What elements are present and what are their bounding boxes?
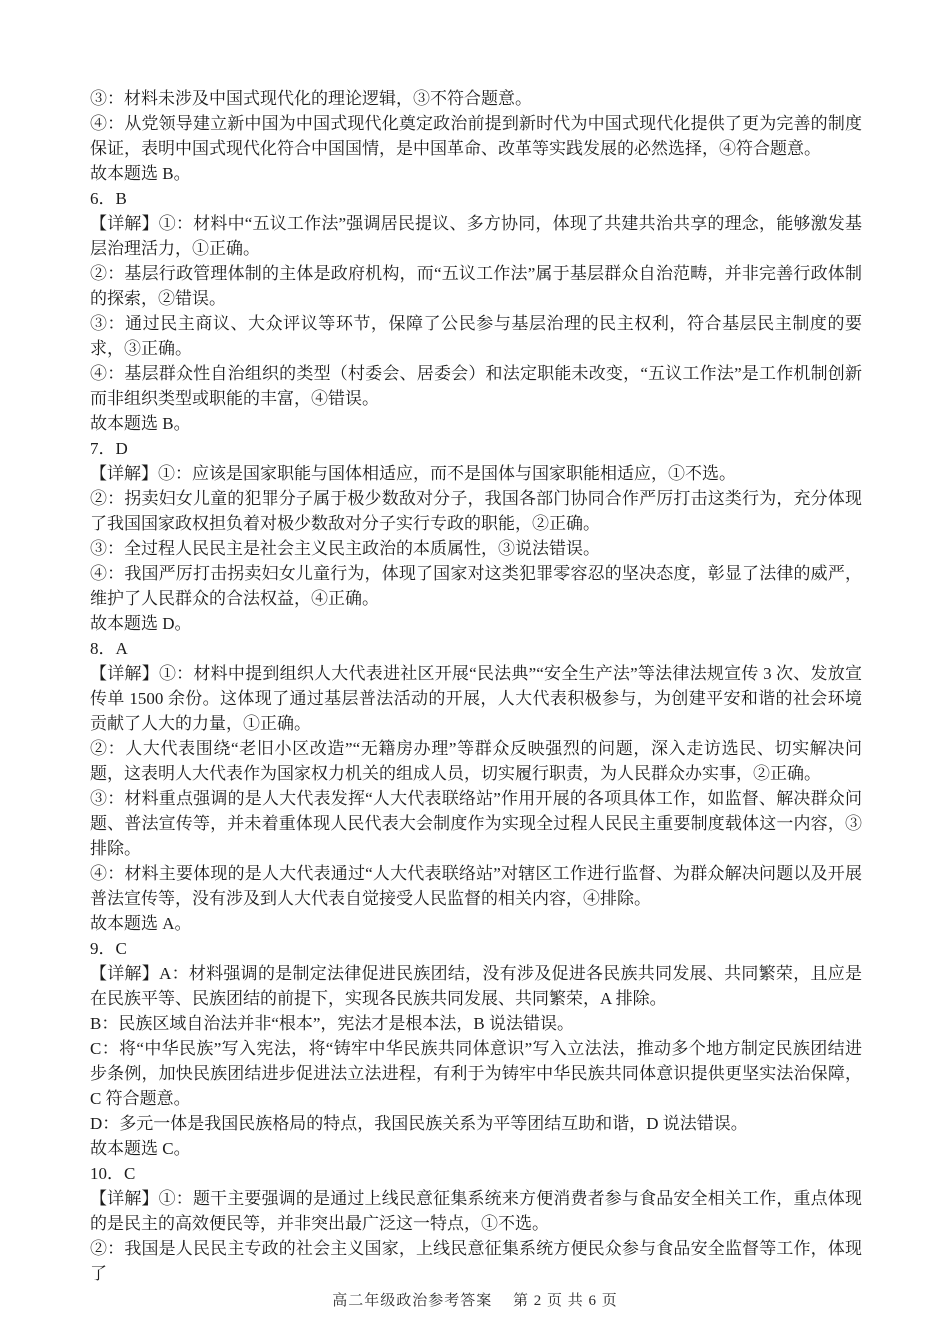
answer-paragraph: ②：拐卖妇女儿童的犯罪分子属于极少数敌对分子，我国各部门协同合作严厉打击这类行为… xyxy=(90,486,862,536)
answer-paragraph: 【详解】A：材料强调的是制定法律促进民族团结，没有涉及促进各民族共同发展、共同繁… xyxy=(90,961,862,1011)
answer-paragraph: 【详解】①：题干主要强调的是通过上线民意征集系统来方便消费者参与食品安全相关工作… xyxy=(90,1186,862,1236)
answer-paragraph: ③：全过程人民民主是社会主义民主政治的本质属性，③说法错误。 xyxy=(90,536,862,561)
answer-paragraph: ②：我国是人民民主专政的社会主义国家，上线民意征集系统方便民众参与食品安全监督等… xyxy=(90,1236,862,1286)
answer-paragraph: ③：材料未涉及中国式现代化的理论逻辑，③不符合题意。 xyxy=(90,86,862,111)
answer-paragraph: 故本题选 B。 xyxy=(90,411,862,436)
answer-paragraph: 【详解】①：材料中提到组织人大代表进社区开展“民法典”“安全生产法”等法律法规宣… xyxy=(90,661,862,736)
question-heading: 8．A xyxy=(90,636,862,661)
answer-paragraph: 故本题选 B。 xyxy=(90,161,862,186)
answer-paragraph: 故本题选 D。 xyxy=(90,611,862,636)
answer-text-column: ③：材料未涉及中国式现代化的理论逻辑，③不符合题意。④：从党领导建立新中国为中国… xyxy=(90,86,862,1286)
question-heading: 6．B xyxy=(90,186,862,211)
answer-paragraph: ②：人大代表围绕“老旧小区改造”“无籍房办理”等群众反映强烈的问题，深入走访选民… xyxy=(90,736,862,786)
answer-paragraph: C：将“中华民族”写入宪法，将“铸牢中华民族共同体意识”写入立法法，推动多个地方… xyxy=(90,1036,862,1111)
answer-paragraph: ④：我国严厉打击拐卖妇女儿童行为，体现了国家对这类犯罪零容忍的坚决态度，彰显了法… xyxy=(90,561,862,611)
document-page: ③：材料未涉及中国式现代化的理论逻辑，③不符合题意。④：从党领导建立新中国为中国… xyxy=(0,0,950,1344)
answer-paragraph: 【详解】①：应该是国家职能与国体相适应，而不是国体与国家职能相适应，①不选。 xyxy=(90,461,862,486)
answer-paragraph: ②：基层行政管理体制的主体是政府机构，而“五议工作法”属于基层群众自治范畴，并非… xyxy=(90,261,862,311)
answer-paragraph: D：多元一体是我国民族格局的特点，我国民族关系为平等团结互助和谐，D 说法错误。 xyxy=(90,1111,862,1136)
answer-paragraph: ④：从党领导建立新中国为中国式现代化奠定政治前提到新时代为中国式现代化提供了更为… xyxy=(90,111,862,161)
answer-paragraph: 故本题选 A。 xyxy=(90,911,862,936)
answer-paragraph: ④：材料主要体现的是人大代表通过“人大代表联络站”对辖区工作进行监督、为群众解决… xyxy=(90,861,862,911)
answer-paragraph: ④：基层群众性自治组织的类型（村委会、居委会）和法定职能未改变，“五议工作法”是… xyxy=(90,361,862,411)
answer-paragraph: ③：通过民主商议、大众评议等环节，保障了公民参与基层治理的民主权利，符合基层民主… xyxy=(90,311,862,361)
answer-paragraph: 故本题选 C。 xyxy=(90,1136,862,1161)
answer-paragraph: B：民族区域自治法并非“根本”，宪法才是根本法，B 说法错误。 xyxy=(90,1011,862,1036)
answer-paragraph: ③：材料重点强调的是人大代表发挥“人大代表联络站”作用开展的各项具体工作，如监督… xyxy=(90,786,862,861)
answer-paragraph: 【详解】①：材料中“五议工作法”强调居民提议、多方协同，体现了共建共治共享的理念… xyxy=(90,211,862,261)
question-heading: 10．C xyxy=(90,1161,862,1186)
question-heading: 9．C xyxy=(90,936,862,961)
question-heading: 7．D xyxy=(90,436,862,461)
page-footer: 高二年级政治参考答案 第 2 页 共 6 页 xyxy=(0,1289,950,1310)
